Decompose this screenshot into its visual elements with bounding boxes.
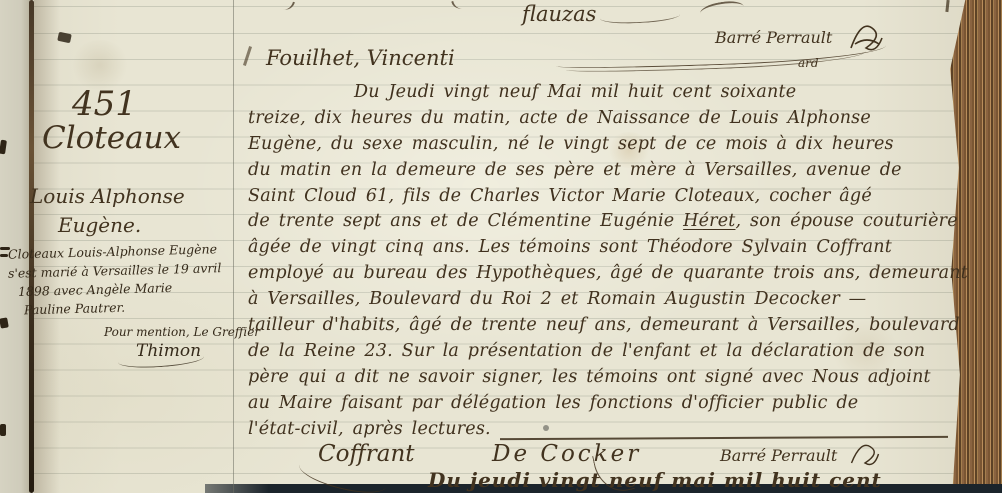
foxing-stain (70, 40, 130, 90)
birth-act-text: Du Jeudi vingt neuf Mai mil huit cent so… (248, 80, 954, 442)
act-line: père qui a dit ne savoir signer, les tém… (248, 365, 954, 391)
mention-greffier-line: Pour mention, Le Greffier (104, 325, 260, 339)
marriage-note-line: Pauline Pautrer. (24, 298, 126, 320)
signatures-fouilhet-vincenti: Fouilhet, Vincenti (266, 46, 455, 70)
stray-pen-stroke (243, 46, 252, 66)
registry-page-scan: 451 Cloteaux Louis Alphonse Eugène. Clot… (0, 0, 1002, 493)
act-line: à Versailles, Boulevard du Roi 2 et Roma… (248, 287, 954, 313)
cut-off-character (0, 424, 6, 436)
cut-off-character (0, 254, 8, 257)
cut-off-character (0, 317, 9, 328)
margin-given-names-2: Eugène. (58, 213, 141, 237)
margin-given-names-1: Louis Alphonse (30, 184, 185, 208)
margin-surname: Cloteaux (42, 120, 181, 156)
act-line: de trente sept ans et de Clémentine Eugé… (248, 209, 954, 235)
book-page-edges (948, 0, 1002, 493)
act-line: Eugène, du sexe masculin, né le vingt se… (248, 132, 954, 158)
act-line: Saint Cloud 61, fils de Charles Victor M… (248, 184, 954, 210)
signature-underline-sweep (566, 43, 867, 74)
signature-paraph-icon (845, 16, 887, 58)
cut-off-stroke (277, 0, 295, 12)
greffier-signature: Thimon (136, 341, 201, 361)
cut-off-stroke (451, 0, 465, 10)
signature-flourish (600, 8, 681, 25)
act-line: employé au bureau des Hypothèques, âgé d… (248, 261, 954, 287)
cut-off-stroke (699, 0, 745, 21)
next-act-first-line: Du jeudi vingt neuf mai mil huit cent (428, 468, 882, 492)
act-number: 451 (72, 84, 137, 124)
act-line: au Maire faisant par délégation les fonc… (248, 391, 954, 417)
signature-barre-perrault-bottom: Barré Perrault (720, 446, 837, 465)
interline-insertion: ard (798, 56, 819, 70)
signature-barre-perrault-top: Barré Perrault (715, 28, 832, 47)
signature-de-cocker: De Cocker (492, 441, 641, 467)
act-line: de la Reine 23. Sur la présentation de l… (248, 339, 954, 365)
signature-flauzas: flauzas (522, 2, 596, 26)
act-line: âgée de vingt cinq ans. Les témoins sont… (248, 235, 954, 261)
act-line: l'état-civil, après lectures. (248, 417, 954, 443)
signature-coffrant: Coffrant (318, 441, 415, 467)
act-line: tailleur d'habits, âgé de trente neuf an… (248, 313, 954, 339)
margin-divider-rule (233, 0, 234, 493)
act-line: Du Jeudi vingt neuf Mai mil huit cent so… (248, 80, 954, 106)
act-line: du matin en la demeure de ses père et mè… (248, 158, 954, 184)
act-line: treize, dix heures du matin, acte de Nai… (248, 106, 954, 132)
cut-off-stroke (945, 0, 949, 12)
